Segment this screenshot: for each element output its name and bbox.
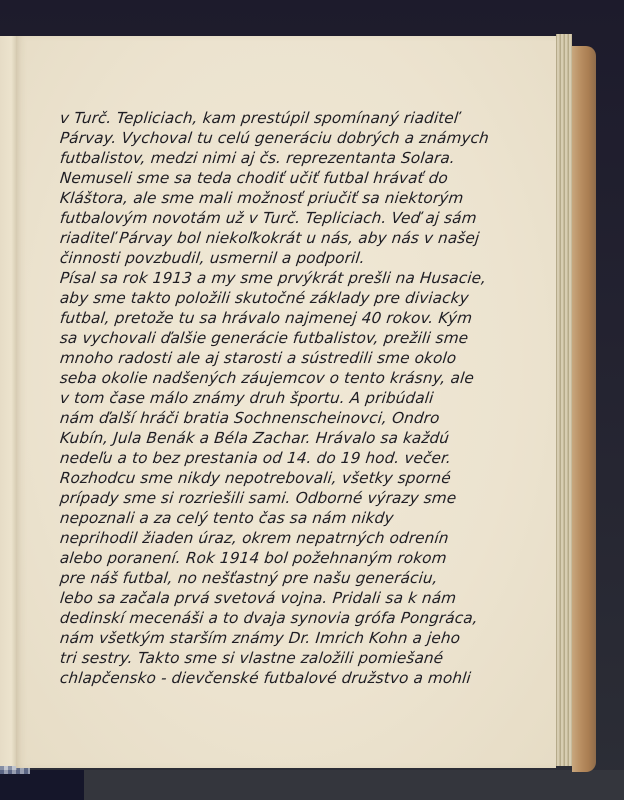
handwritten-text: v Turč. Tepliciach, kam prestúpil spomín… [60, 108, 540, 688]
book-photo-scene: v Turč. Tepliciach, kam prestúpil spomín… [0, 0, 624, 800]
text-line: tri sestry. Takto sme si vlastne založil… [59, 648, 541, 668]
text-line: nám všetkým starším známy Dr. Imrich Koh… [59, 628, 541, 648]
text-line: pre náš futbal, no nešťastný pre našu ge… [59, 568, 541, 588]
table-surface-shadow [0, 770, 84, 800]
text-line: alebo poranení. Rok 1914 bol požehnaným … [59, 548, 541, 568]
text-line: v Turč. Tepliciach, kam prestúpil spomín… [59, 108, 541, 128]
text-line: futbalistov, medzi nimi aj čs. reprezent… [59, 148, 541, 168]
text-line: futbal, pretože tu sa hrávalo najmenej 4… [59, 308, 541, 328]
text-line: futbalovým novotám už v Turč. Tepliciach… [59, 208, 541, 228]
text-line: neprihodil žiaden úraz, okrem nepatrných… [59, 528, 541, 548]
previous-page-edge [0, 36, 17, 770]
text-line: činnosti povzbudil, usmernil a podporil. [59, 248, 541, 268]
text-line: aby sme takto položili skutočné základy … [59, 288, 541, 308]
text-line: prípady sme si rozriešili sami. Odborné … [59, 488, 541, 508]
text-line: nám ďalší hráči bratia Sochnenscheinovci… [59, 408, 541, 428]
text-line: lebo sa začala prvá svetová vojna. Prida… [59, 588, 541, 608]
text-line: Kláštora, ale sme mali možnosť priučiť s… [59, 188, 541, 208]
text-line: Kubín, Jula Benák a Béla Zachar. Hrávalo… [59, 428, 541, 448]
text-line: nepoznali a za celý tento čas sa nám nik… [59, 508, 541, 528]
text-line: mnoho radosti ale aj starosti a sústredi… [59, 348, 541, 368]
text-line: seba okolie nadšených záujemcov o tento … [59, 368, 541, 388]
text-line: dedinskí mecenáši a to dvaja synovia gró… [59, 608, 541, 628]
text-line: Nemuseli sme sa teda chodiť učiť futbal … [59, 168, 541, 188]
text-line: v tom čase málo známy druh športu. A pri… [59, 388, 541, 408]
text-line: sa vychovali ďalšie generácie futbalisto… [59, 328, 541, 348]
text-line: Rozhodcu sme nikdy nepotrebovali, všetky… [59, 468, 541, 488]
page-stack-edge [556, 34, 572, 766]
book-cover-edge [572, 46, 596, 772]
text-line: chlapčensko - dievčenské futbalové družs… [59, 668, 541, 688]
text-line: riaditeľ Párvay bol niekoľkokrát u nás, … [59, 228, 541, 248]
text-line: Párvay. Vychoval tu celú generáciu dobrý… [59, 128, 541, 148]
text-line: nedeľu a to bez prestania od 14. do 19 h… [59, 448, 541, 468]
text-line: Písal sa rok 1913 a my sme prvýkrát preš… [59, 268, 541, 288]
table-surface [84, 770, 624, 800]
